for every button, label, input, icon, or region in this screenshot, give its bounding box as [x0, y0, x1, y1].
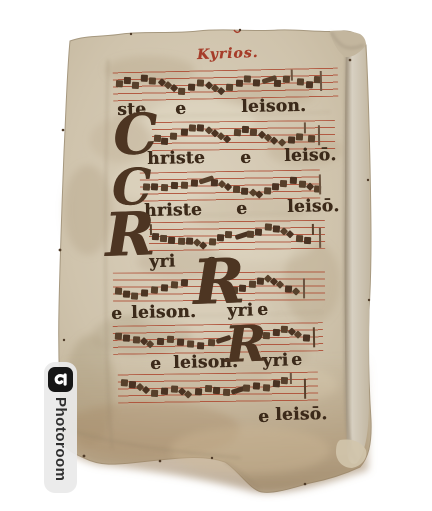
neume [178, 238, 185, 245]
neume [233, 186, 240, 193]
neume [177, 338, 184, 345]
staff-divider [313, 327, 315, 347]
neume [187, 340, 194, 347]
neume [161, 138, 168, 145]
lyric-word: leisō. [287, 196, 340, 217]
neume [170, 84, 178, 92]
neume [131, 292, 138, 299]
lyric-word: leison. [241, 96, 306, 117]
neume [263, 384, 270, 391]
neume [141, 289, 148, 296]
neume [197, 124, 204, 131]
neume [304, 122, 306, 133]
neume [225, 231, 232, 238]
neume [243, 384, 250, 391]
neume [217, 87, 225, 95]
neume [306, 81, 313, 88]
lyric-word: leisō. [275, 404, 328, 425]
neume [171, 182, 178, 189]
neume [273, 329, 280, 336]
neume [205, 385, 212, 392]
neume [197, 342, 204, 349]
illuminated-initial: R [224, 323, 267, 365]
neume [168, 237, 175, 244]
neume [121, 379, 128, 386]
neume [303, 334, 310, 341]
neume [265, 223, 272, 230]
neume [132, 82, 139, 89]
photoroom-watermark: Photoroom [44, 362, 77, 493]
neume [290, 373, 292, 384]
neume [123, 334, 130, 341]
music-staff [118, 372, 318, 404]
neume [224, 183, 232, 191]
neume [253, 79, 260, 86]
neume [161, 184, 168, 191]
neume [234, 129, 241, 136]
neume [195, 388, 202, 395]
neume [157, 338, 164, 345]
neume [296, 235, 303, 242]
neume [249, 281, 256, 288]
neume [312, 224, 314, 235]
neume [146, 340, 154, 348]
neume [184, 390, 192, 398]
neume [189, 124, 196, 131]
neume [142, 386, 150, 394]
neume [186, 237, 193, 244]
illuminated-initial: R [192, 256, 245, 309]
neume [255, 190, 263, 198]
neume [213, 387, 220, 394]
neume [291, 70, 293, 81]
neume [211, 179, 218, 186]
photoroom-watermark-label: Photoroom [52, 397, 69, 482]
photoroom-logo-icon [48, 367, 73, 392]
neume [253, 382, 260, 389]
photo-canvas: Kyrios. steeleison.hristeeleisō.hristeel… [0, 0, 432, 511]
neume [170, 133, 177, 140]
staff-divider [318, 125, 320, 145]
neume [255, 229, 262, 236]
lyric-word: leisō. [284, 145, 337, 166]
staff-divider [303, 278, 305, 298]
neume [290, 177, 297, 184]
lyric-word: e [150, 354, 161, 374]
neume [292, 287, 300, 295]
neume [188, 84, 195, 91]
neume [124, 77, 131, 84]
neume [115, 333, 122, 340]
neume [116, 80, 123, 87]
illuminated-initial: C [112, 112, 159, 160]
neume [181, 279, 188, 286]
neume [151, 390, 158, 397]
neume [217, 234, 224, 241]
neume [272, 183, 279, 190]
neume [242, 126, 249, 133]
lyric-word: e [258, 407, 269, 427]
lyric-word: e [175, 99, 186, 119]
neume [281, 377, 288, 384]
neume [247, 231, 254, 238]
staff-divider [320, 71, 322, 91]
staff-divider [319, 174, 321, 194]
neume [250, 129, 257, 136]
neume [149, 77, 156, 84]
neume [226, 84, 233, 91]
neume [304, 237, 311, 244]
neume [288, 136, 295, 143]
neume [178, 88, 185, 95]
neume [141, 75, 148, 82]
neume [133, 336, 140, 343]
neume [123, 290, 130, 297]
neume [167, 336, 174, 343]
neume [286, 230, 294, 238]
lyric-word: e [111, 304, 122, 324]
lyric-word: e [291, 350, 302, 370]
neume [161, 388, 168, 395]
neume [274, 80, 281, 87]
neume [308, 135, 315, 142]
neume [273, 380, 280, 387]
neume [191, 179, 198, 186]
neume [264, 187, 271, 194]
neume [280, 180, 287, 187]
neume [160, 235, 167, 242]
neume [276, 280, 284, 288]
neume [151, 183, 158, 190]
staff-divider [304, 379, 306, 399]
neume [294, 330, 302, 338]
neume [181, 182, 188, 189]
neume [241, 188, 248, 195]
lyric-word: e [240, 148, 251, 168]
neume [151, 286, 158, 293]
neume [209, 238, 216, 245]
neume [236, 80, 243, 87]
neume [115, 287, 122, 294]
illuminated-initial: R [104, 210, 156, 261]
lyric-word: leison. [131, 302, 196, 323]
neume [181, 128, 188, 135]
neume [161, 284, 168, 291]
staff-divider [319, 228, 321, 248]
neume [171, 281, 178, 288]
neume [296, 133, 303, 140]
neume [208, 339, 215, 346]
neume [270, 136, 278, 144]
neume [197, 79, 204, 86]
lyric-word: e [236, 199, 247, 219]
neume [244, 75, 251, 82]
neume [223, 135, 231, 143]
neume [223, 389, 230, 396]
neume [297, 78, 304, 85]
neume [283, 76, 290, 83]
